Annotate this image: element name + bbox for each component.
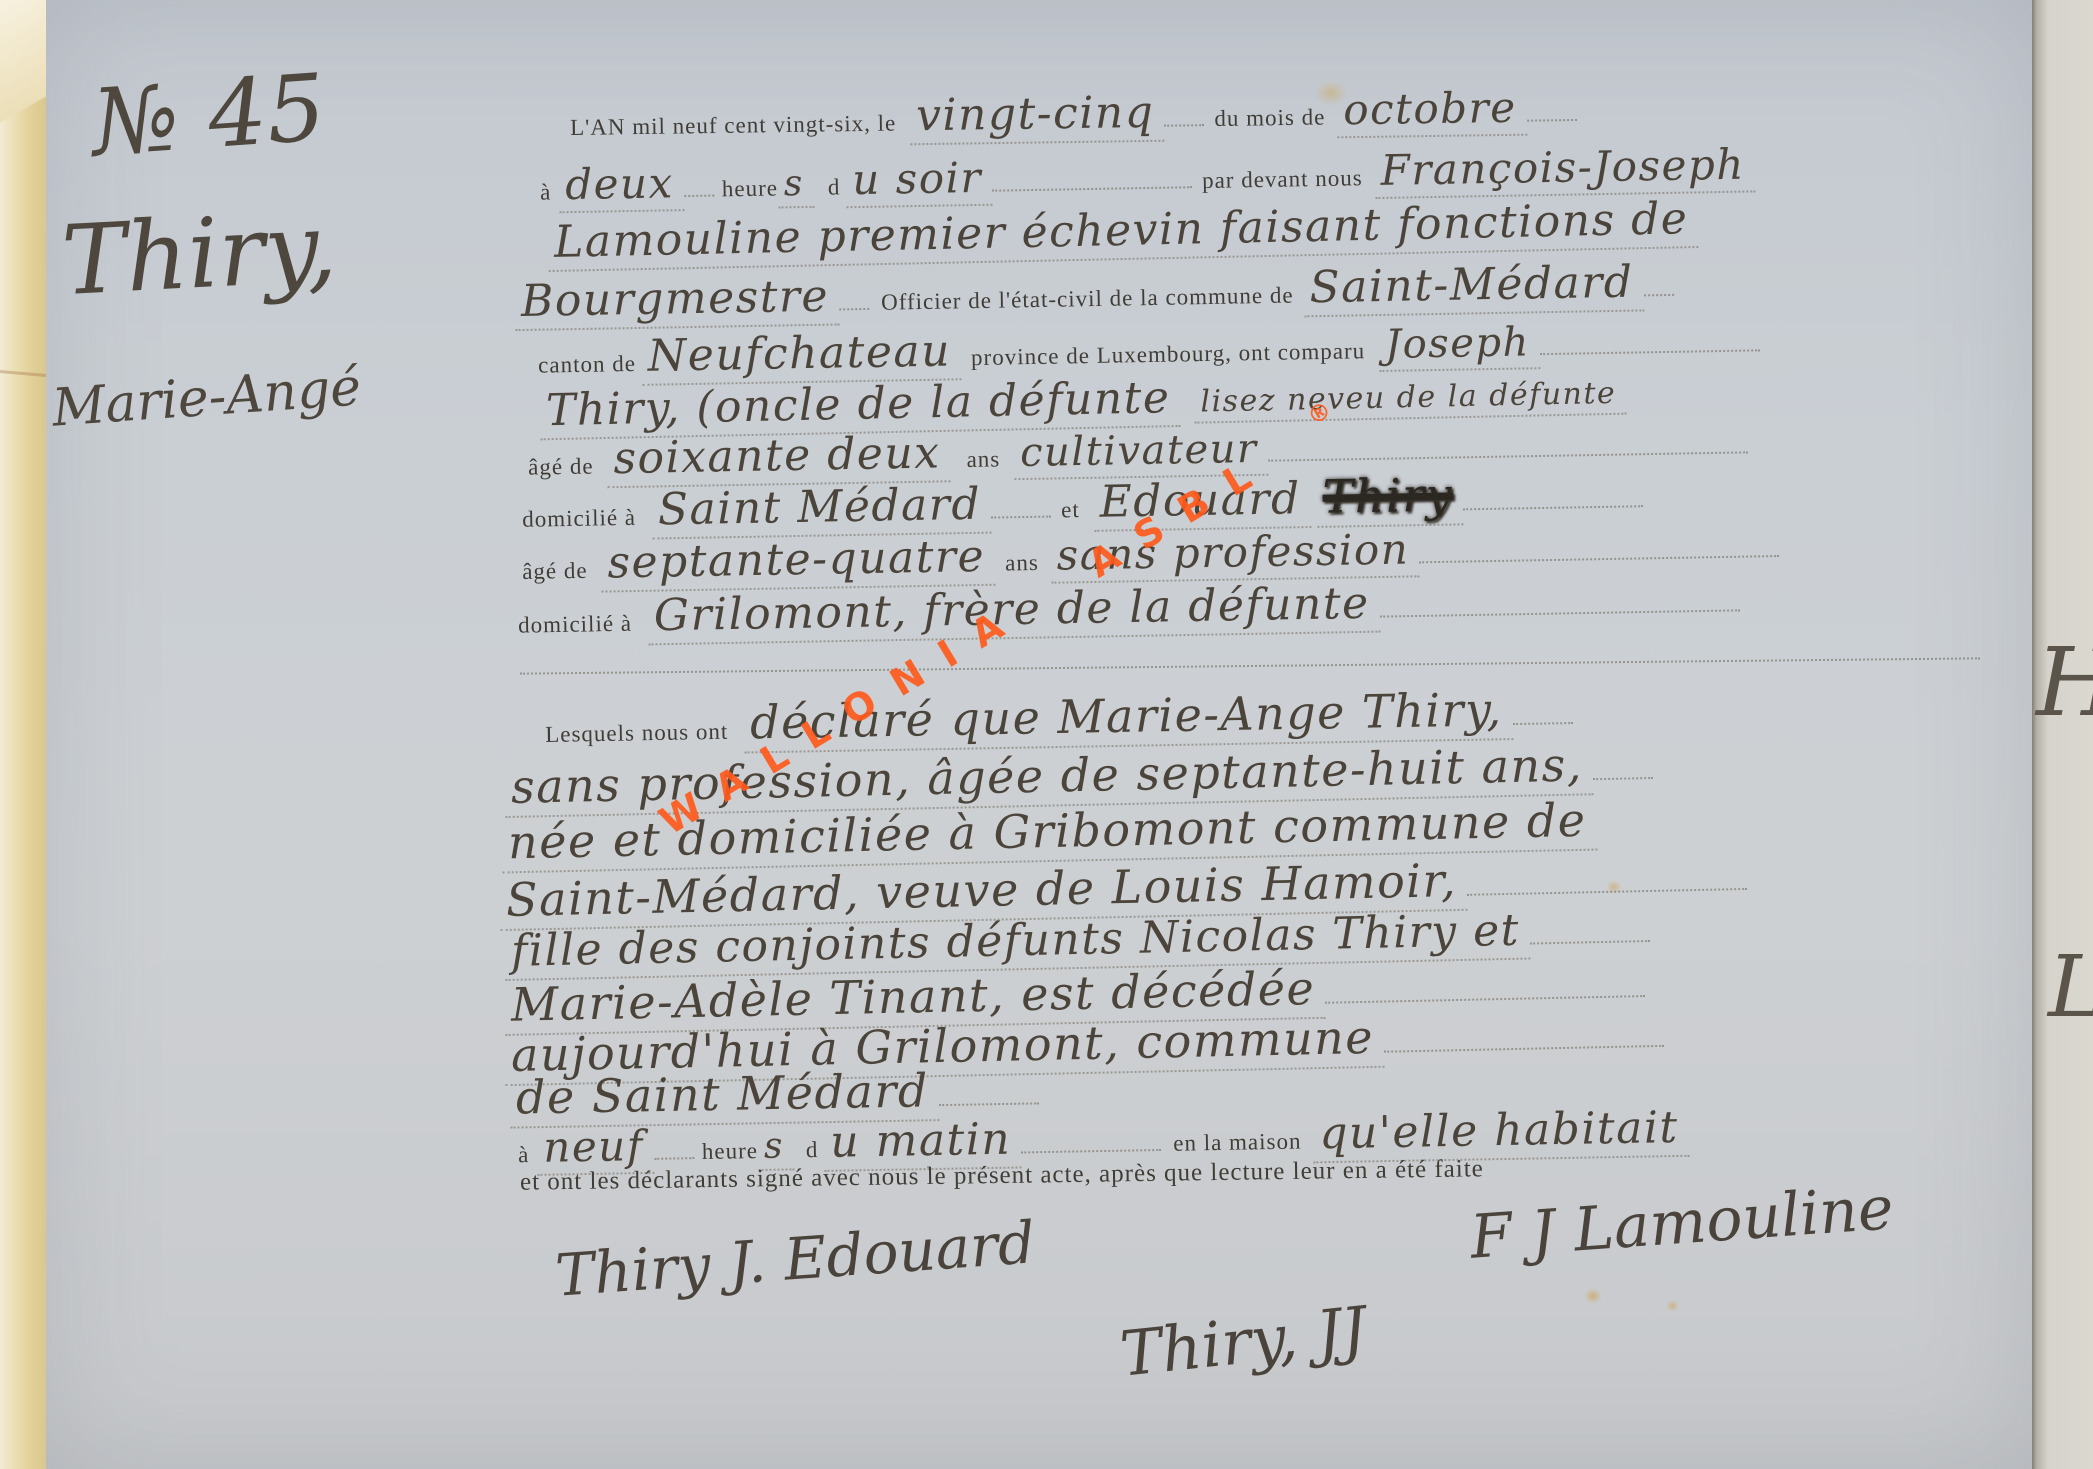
- printed-form-text: du mois de: [1214, 104, 1325, 132]
- printed-form-text: heure: [702, 1138, 759, 1165]
- dotted-rule: [1021, 1144, 1161, 1153]
- dotted-rule: [839, 303, 869, 311]
- act-number: № 45: [89, 54, 329, 177]
- printed-form-text: d: [828, 174, 841, 200]
- printed-form-text: Lesquels nous ont: [545, 719, 729, 748]
- dotted-rule: [1419, 550, 1779, 563]
- handwritten-entry: qu'elle habitait: [1313, 1102, 1689, 1164]
- dotted-rule: [1530, 935, 1650, 945]
- paper-stain: [1666, 1300, 1679, 1312]
- printed-form-text: à: [540, 179, 552, 205]
- printed-form-text: et: [1061, 497, 1080, 523]
- dotted-rule: [1325, 990, 1645, 1004]
- printed-form-text: domicilié à: [518, 611, 632, 639]
- printed-form-text: domicilié à: [522, 505, 636, 533]
- handwritten-entry: septante-quatre: [601, 531, 996, 593]
- page-edge-crease: [0, 370, 46, 377]
- dotted-rule: [684, 190, 714, 198]
- adjacent-page-letter: H: [2036, 628, 2093, 738]
- dotted-rule: [1527, 114, 1577, 122]
- printed-form-text: heure: [722, 175, 779, 202]
- dotted-rule: [1384, 1040, 1664, 1053]
- book-page-edges: [0, 0, 46, 1469]
- dotted-rule: [1513, 717, 1573, 725]
- handwritten-entry: vingt-cinq: [910, 87, 1165, 146]
- printed-form-text: Officier de l'état-civil de la commune d…: [881, 283, 1294, 316]
- printed-form-text: canton de: [538, 351, 636, 379]
- printed-form-text: d: [806, 1137, 819, 1163]
- printed-form-text: âgé de: [528, 454, 594, 481]
- adjacent-page-letter: L: [2048, 938, 2093, 1037]
- handwritten-entry: Saint Médard: [651, 479, 991, 540]
- margin-surname: Thiry,: [59, 191, 339, 317]
- struck-handwritten-entry: Thiry: [1316, 467, 1463, 528]
- printed-form-text: à: [518, 1142, 530, 1168]
- printed-form-text: ans: [966, 446, 1000, 473]
- dotted-rule: [1268, 446, 1748, 461]
- handwritten-entry: Saint-Médard: [1303, 256, 1644, 317]
- handwritten-entry: u soir: [846, 153, 993, 209]
- dotted-rule: [1467, 883, 1747, 896]
- handwritten-entry: s: [777, 163, 814, 209]
- dotted-rule: [1644, 289, 1674, 297]
- handwritten-entry: Bourgmestre: [515, 270, 840, 331]
- dotted-rule: [939, 1097, 1039, 1106]
- printed-form-text: en la maison: [1173, 1129, 1302, 1157]
- dotted-rule: [992, 181, 1192, 191]
- printed-form-text: L'AN mil neuf cent vingt-six, le: [570, 110, 896, 141]
- dotted-rule: [1380, 604, 1740, 617]
- page-edge-fold: [0, 0, 46, 195]
- dotted-rule: [1164, 119, 1204, 127]
- dotted-rule: [1540, 344, 1760, 355]
- scanned-register-photo: № 45 Thiry, Marie-Angé L'AN mil neuf cen…: [0, 0, 2093, 1469]
- handwritten-entry: octobre: [1337, 83, 1527, 139]
- paper-stain: [1584, 1288, 1602, 1304]
- printed-form-text: âgé de: [522, 558, 588, 585]
- dotted-rule: [1463, 500, 1643, 510]
- dotted-rule: [654, 1152, 694, 1160]
- dotted-rule: [991, 511, 1051, 519]
- handwritten-entry: François-Joseph: [1374, 139, 1755, 199]
- dotted-rule: [1593, 772, 1653, 780]
- printed-form-text: par devant nous: [1202, 165, 1363, 194]
- printed-form-text: province de Luxembourg, ont comparu: [971, 338, 1366, 371]
- handwritten-entry: deux: [559, 158, 684, 213]
